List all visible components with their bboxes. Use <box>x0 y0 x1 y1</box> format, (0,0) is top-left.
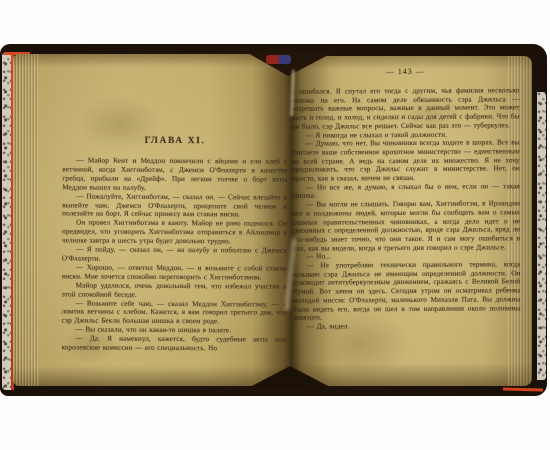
right-page-text: — 143 — я ошибался. Я спутал его тогда с… <box>291 66 521 331</box>
paragraph: — Возьмите себе чаю, — сказал Меддон Хиг… <box>62 299 287 327</box>
spine-headband <box>266 55 291 64</box>
paragraph: — Но все же, я думаю, я слыхал бы о нем,… <box>292 182 520 201</box>
paragraph: — Да. Я намекнул, кажется, будто судебны… <box>61 335 286 354</box>
paragraph: — Не употребляю технически правильного т… <box>292 260 520 322</box>
book-photo: ГЛАВА XI. — Майор Кент и Меддон покончил… <box>0 0 550 450</box>
paragraph: — Я пойду, — сказал он, — на палубу и по… <box>62 245 287 264</box>
paragraph: Майор удалился, очень довольный тем, что… <box>62 281 287 300</box>
paragraph: Он провел Хиггинботэма в каюту. Майор не… <box>62 219 287 247</box>
paragraph: — Пожалуйте, Хиггинботэм, — сказал он. —… <box>62 192 287 220</box>
paragraph: — Да, видел. <box>293 321 521 331</box>
right-page-paragraphs: я ошибался. Я спутал его тогда с другим,… <box>291 86 520 331</box>
paragraph: — Вы могли не слышать. Говорю вам, Хигги… <box>292 199 520 253</box>
left-page-text: ГЛАВА XI. — Майор Кент и Меддон покончил… <box>61 135 287 353</box>
paragraph: — Майор Кент и Меддон покончили с яйцами… <box>62 156 287 193</box>
chapter-heading: ГЛАВА XI. <box>63 135 288 146</box>
paragraph: — Думаю, что нет. Вы чиновники всегда хо… <box>292 139 520 184</box>
page-number: — 143 — <box>291 66 519 76</box>
paragraph: — Хорошо, — ответил Меддон, — и возьмите… <box>62 263 287 282</box>
left-page-paragraphs: — Майор Кент и Меддон покончили с яйцами… <box>61 156 287 353</box>
right-cover-marbled-edge <box>537 92 546 380</box>
paragraph: я ошибался. Я спутал его тогда с другим,… <box>291 86 519 131</box>
